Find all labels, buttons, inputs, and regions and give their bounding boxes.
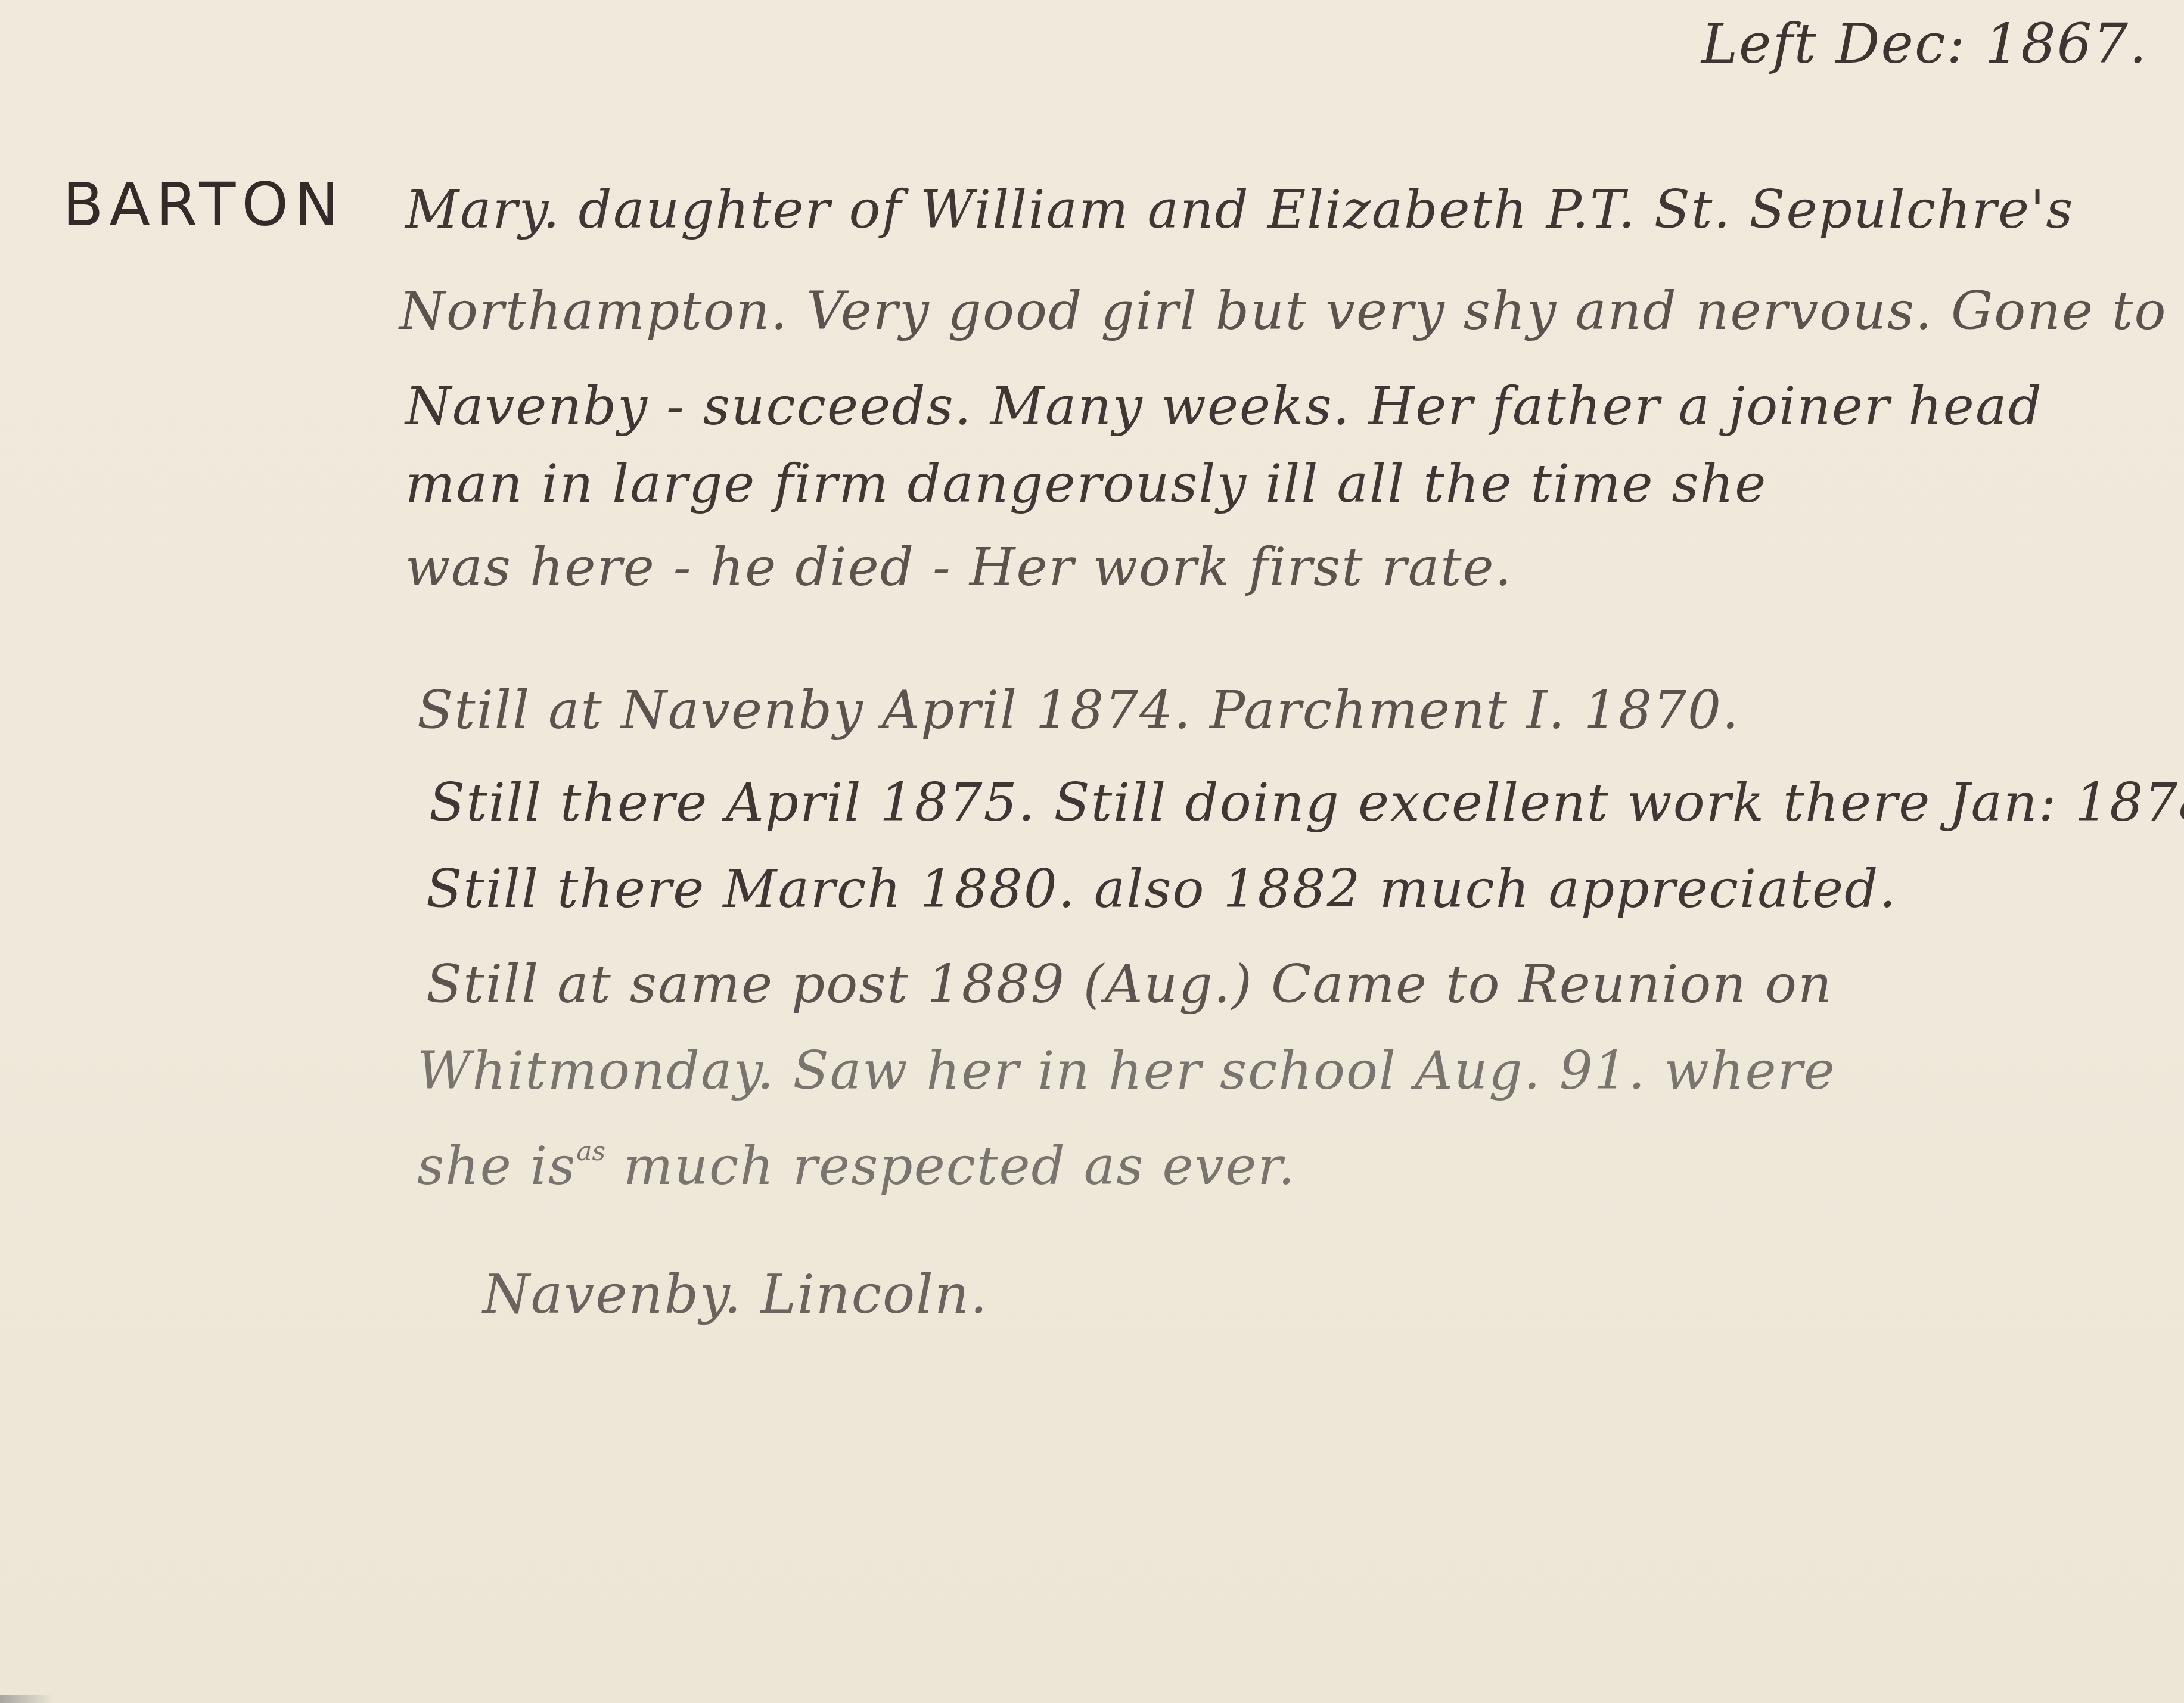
entry-line-2: Northampton. Very good girl but very shy… [399,280,2167,341]
note-line-3: Still there March 1880. also 1882 much a… [426,858,1897,919]
entry-line-4: man in large firm dangerously ill all th… [405,453,1767,514]
note-line-5: Whitmonday. Saw her in her school Aug. 9… [417,1040,1836,1101]
entry-line-5: was here - he died - Her work first rate… [405,536,1513,598]
note-line-6-start: she is [417,1135,576,1197]
page-edge-shadow [0,1695,54,1703]
surname-heading: BARTON [63,170,345,240]
entry-line-3: Navenby - succeeds. Many weeks. Her fath… [405,375,2043,437]
left-date-annotation: Left Dec: 1867. [1701,12,2148,76]
place-annotation: Navenby. Lincoln. [483,1263,989,1326]
note-line-4: Still at same post 1889 (Aug.) Came to R… [426,953,1833,1015]
note-line-6-end: much respected as ever. [605,1135,1296,1197]
note-line-6: she isas much respected as ever. [417,1135,1296,1197]
caret-insertion: as [576,1136,605,1167]
entry-line-1: Mary. daughter of William and Elizabeth … [405,179,2074,240]
note-line-1: Still at Navenby April 1874. Parchment I… [417,679,1740,741]
document-page: Left Dec: 1867. BARTON Mary. daughter of… [0,0,2184,1703]
note-line-2: Still there April 1875. Still doing exce… [429,772,2184,833]
